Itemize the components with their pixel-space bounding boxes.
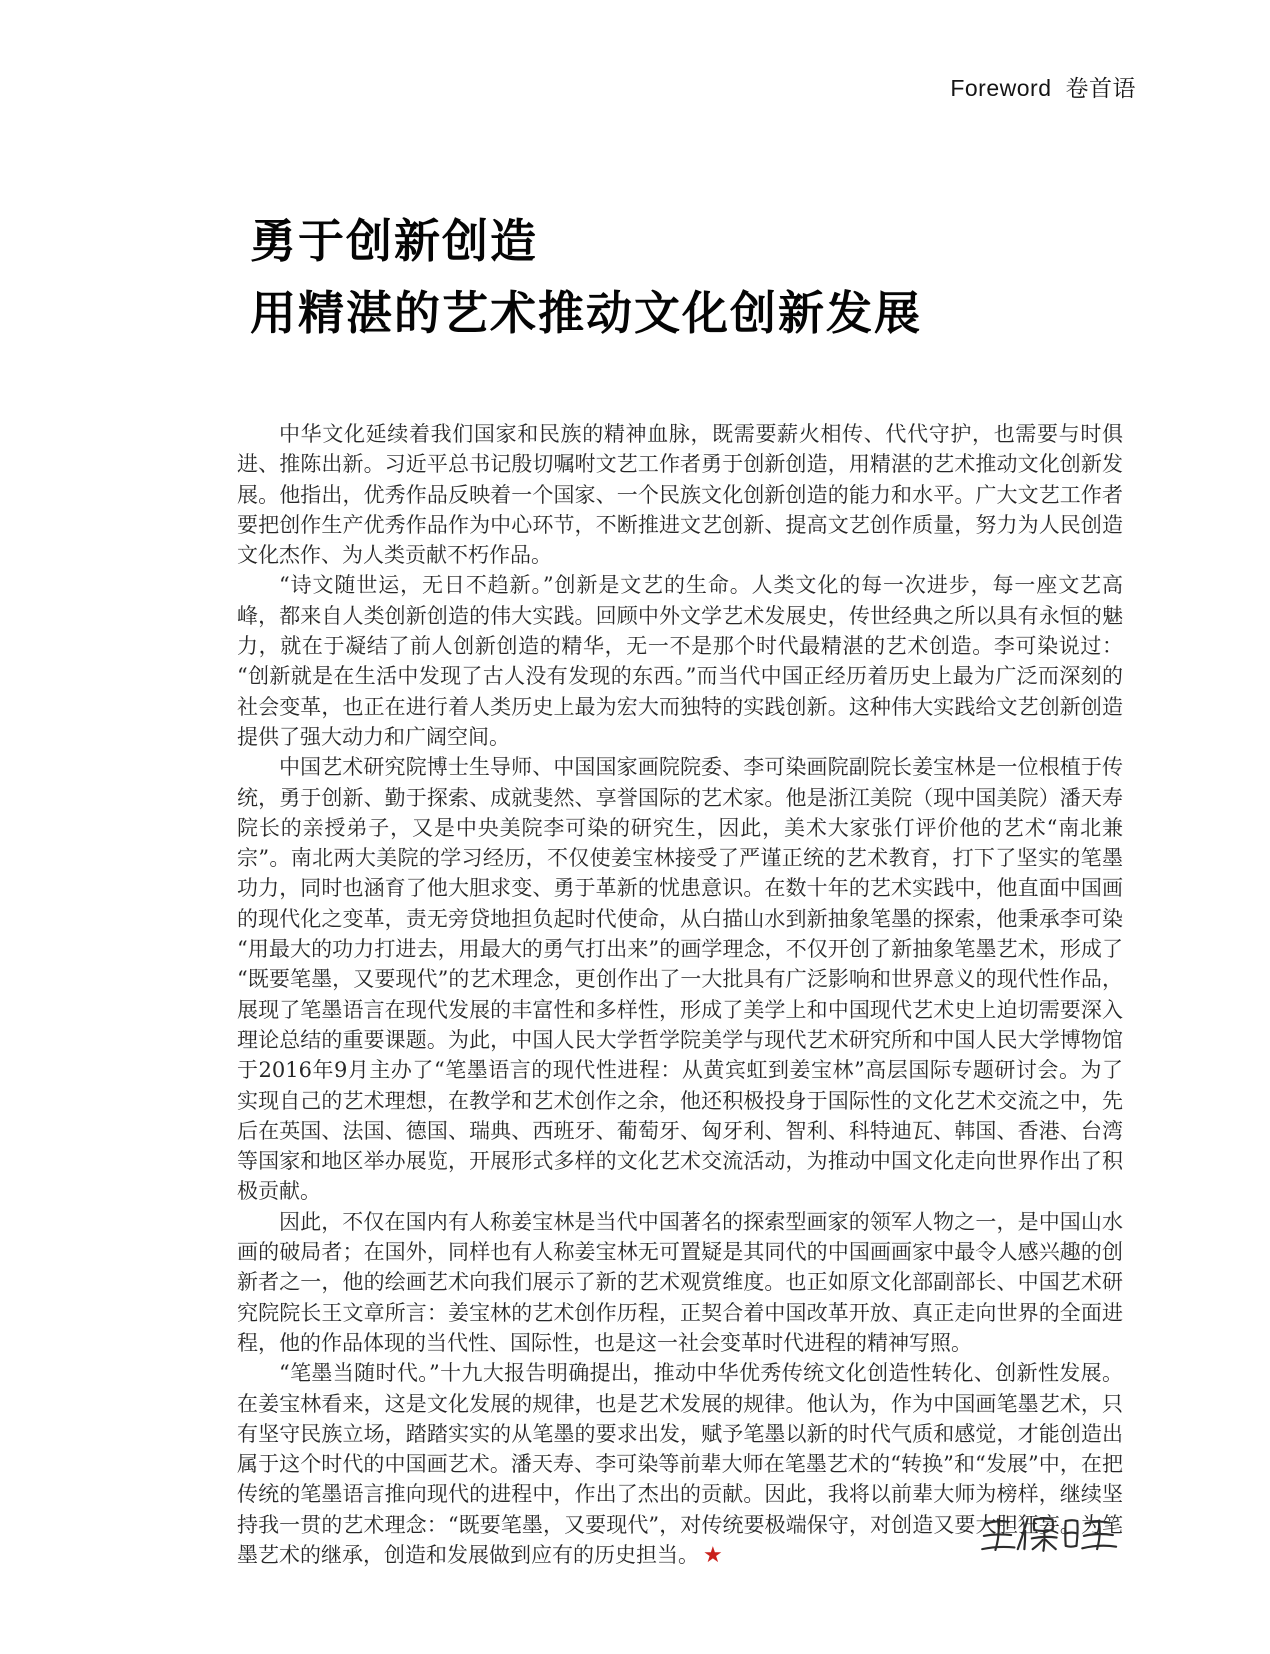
foreword-page: Foreword卷首语 勇于创新创造 用精湛的艺术推动文化创新发展 中华文化延续…	[0, 0, 1270, 1654]
title-line-2: 用精湛的艺术推动文化创新发展	[250, 277, 922, 349]
end-star-icon: ★	[703, 1543, 723, 1568]
foreword-label-en: Foreword	[950, 75, 1051, 101]
article-body: 中华文化延续着我们国家和民族的精神血脉，既需要薪火相传、代代守护，也需要与时俱进…	[237, 419, 1123, 1571]
title-line-1: 勇于创新创造	[250, 205, 922, 277]
paragraph-1: 中华文化延续着我们国家和民族的精神血脉，既需要薪火相传、代代守护，也需要与时俱进…	[237, 419, 1123, 570]
paragraph-4: 因此，不仅在国内有人称姜宝林是当代中国著名的探索型画家的领军人物之一，是中国山水…	[237, 1207, 1123, 1358]
paragraph-2: “诗文随世运，无日不趋新。”创新是文艺的生命。人类文化的每一次进步，每一座文艺高…	[237, 570, 1123, 752]
page-corner-label: Foreword卷首语	[950, 70, 1136, 103]
signature-strokes	[972, 1502, 1128, 1564]
signature-handwriting	[972, 1502, 1128, 1564]
paragraph-3: 中国艺术研究院博士生导师、中国国家画院院委、李可染画院副院长姜宝林是一位根植于传…	[237, 752, 1123, 1206]
page-title: 勇于创新创造 用精湛的艺术推动文化创新发展	[250, 205, 922, 349]
foreword-label-zh: 卷首语	[1066, 75, 1137, 101]
